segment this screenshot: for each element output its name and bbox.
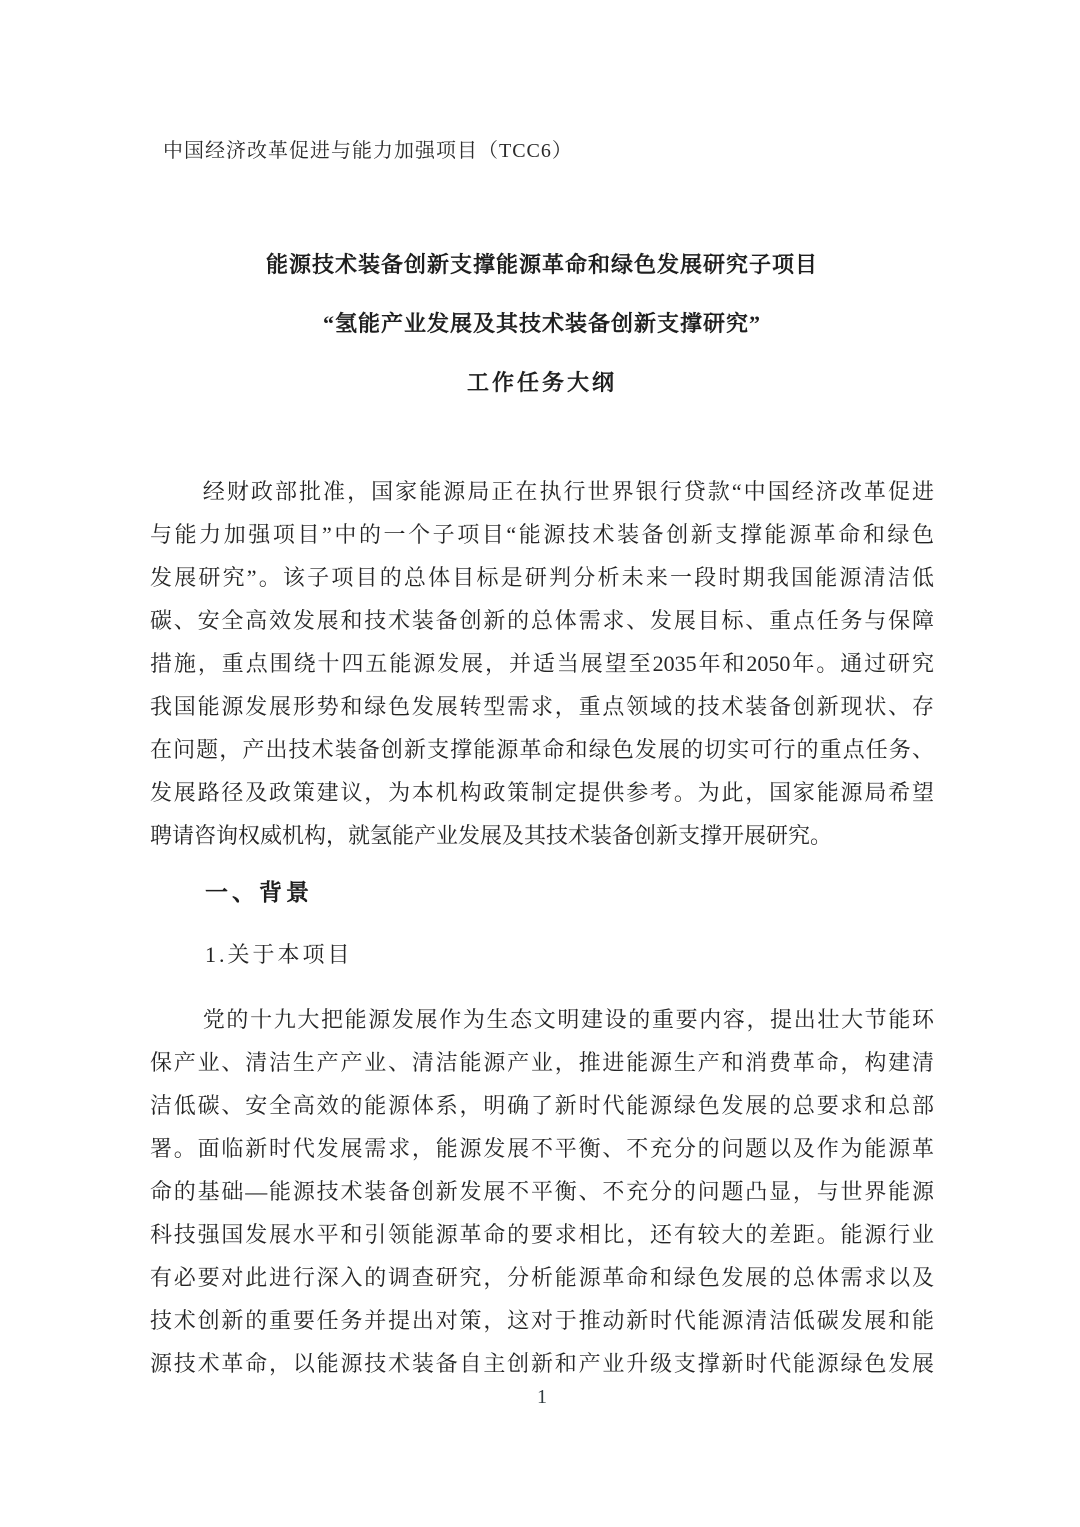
paragraph-line: 保产业、清洁生产产业、清洁能源产业，推进能源生产和消费革命，构建清: [150, 1041, 934, 1084]
document-title-line-2: “氢能产业发展及其技术装备创新支撑研究”: [150, 307, 934, 338]
paragraph-line: 聘请咨询权威机构，就氢能产业发展及其技术装备创新支撑开展研究。: [150, 814, 934, 857]
paragraph-line: 科技强国发展水平和引领能源革命的要求相比，还有较大的差距。能源行业: [150, 1213, 934, 1256]
paragraph-line: 发展研究”。该子项目的总体目标是研判分析未来一段时期我国能源清洁低: [150, 556, 934, 599]
paragraph-line: 技术创新的重要任务并提出对策，这对于推动新时代能源清洁低碳发展和能: [150, 1299, 934, 1342]
paragraph-line: 洁低碳、安全高效的能源体系，明确了新时代能源绿色发展的总要求和总部: [150, 1084, 934, 1127]
paragraph-line: 措施，重点围绕十四五能源发展，并适当展望至2035年和2050年。通过研究: [150, 642, 934, 685]
document-title-line-3: 工作任务大纲: [150, 366, 934, 397]
paragraph-line: 命的基础—能源技术装备创新发展不平衡、不充分的问题凸显，与世界能源: [150, 1170, 934, 1213]
paragraph-line: 署。面临新时代发展需求，能源发展不平衡、不充分的问题以及作为能源革: [150, 1127, 934, 1170]
paragraph-line: 发展路径及政策建议，为本机构政策制定提供参考。为此，国家能源局希望: [150, 771, 934, 814]
paragraph-line: 党的十九大把能源发展作为生态文明建设的重要内容，提出壮大节能环: [150, 998, 934, 1041]
page-number: 1: [150, 1386, 934, 1409]
paragraph-line: 与能力加强项目”中的一个子项目“能源技术装备创新支撑能源革命和绿色: [150, 513, 934, 556]
section-heading-background: 一、背景: [205, 874, 313, 907]
paragraph-intro: 经财政部批准，国家能源局正在执行世界银行贷款“中国经济改革促进 与能力加强项目”…: [150, 470, 934, 857]
paragraph-line: 有必要对此进行深入的调查研究，分析能源革命和绿色发展的总体需求以及: [150, 1256, 934, 1299]
document-title-line-1: 能源技术装备创新支撑能源革命和绿色发展研究子项目: [150, 248, 934, 279]
document-page: 中国经济改革促进与能力加强项目（TCC6） 能源技术装备创新支撑能源革命和绿色发…: [0, 0, 1080, 1527]
paragraph-background: 党的十九大把能源发展作为生态文明建设的重要内容，提出壮大节能环 保产业、清洁生产…: [150, 998, 934, 1385]
paragraph-line: 碳、安全高效发展和技术装备创新的总体需求、发展目标、重点任务与保障: [150, 599, 934, 642]
subsection-heading-about-project: 1.关于本项目: [205, 938, 353, 969]
paragraph-line: 在问题，产出技术装备创新支撑能源革命和绿色发展的切实可行的重点任务、: [150, 728, 934, 771]
paragraph-line: 我国能源发展形势和绿色发展转型需求，重点领域的技术装备创新现状、存: [150, 685, 934, 728]
paragraph-line: 经财政部批准，国家能源局正在执行世界银行贷款“中国经济改革促进: [150, 470, 934, 513]
paragraph-line: 源技术革命，以能源技术装备自主创新和产业升级支撑新时代能源绿色发展: [150, 1342, 934, 1385]
document-header: 中国经济改革促进与能力加强项目（TCC6）: [163, 134, 573, 163]
